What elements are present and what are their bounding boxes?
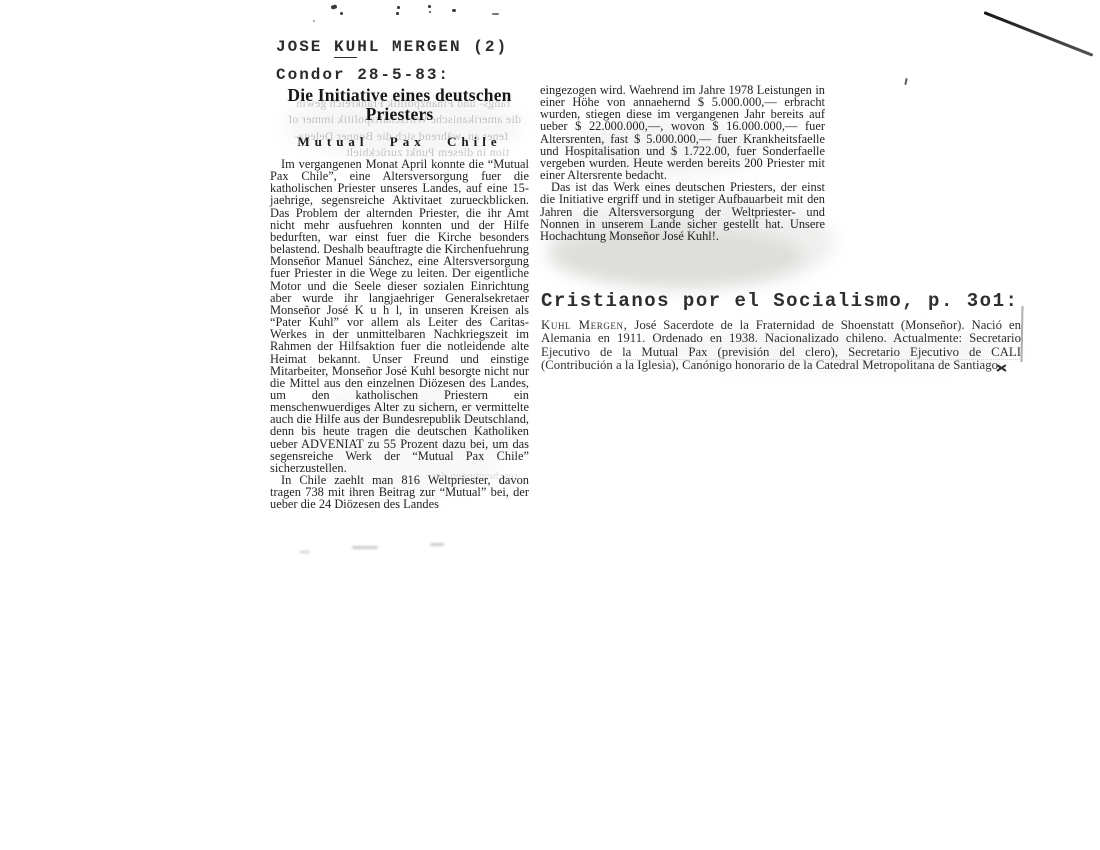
- ink-speck: [452, 9, 456, 12]
- ink-speck: [396, 12, 399, 15]
- ink-cross-mark: [996, 364, 1007, 373]
- article-paragraph: Das ist das Werk eines deutschen Prieste…: [540, 181, 825, 242]
- scan-smudge: [430, 543, 444, 546]
- article-subtitle: Mutual Pax Chile: [270, 134, 529, 150]
- article-paragraph: In Chile zaehlt man 816 Weltpriester, da…: [270, 474, 529, 510]
- ink-speck: [331, 4, 338, 9]
- clipping-edge-dotted-line: [620, 359, 1020, 360]
- ink-mark: [904, 78, 907, 85]
- scan-smudge: [300, 551, 310, 553]
- bio-heading: Cristianos por el Socialismo, p. 3o1:: [541, 290, 1021, 312]
- ink-speck: [428, 5, 431, 8]
- page-title: JOSE KUHL MERGEN (2): [276, 38, 508, 56]
- article-title: Die Initiative eines deutschen Priesters: [270, 86, 529, 124]
- ink-speck: [397, 6, 400, 9]
- article-left-body: Im vergangenen Monat April konnte die “M…: [270, 158, 529, 511]
- ink-speck: [313, 20, 315, 22]
- source-citation: Condor 28-5-83:: [276, 66, 450, 84]
- header-name-underlined: KU: [334, 38, 357, 58]
- article-paragraph: eingezogen wird. Waehrend im Jahre 1978 …: [540, 84, 825, 181]
- bio-text: Kuhl Mergen, José Sacerdote de la Frater…: [541, 319, 1021, 372]
- article-title-line2: Priesters: [270, 105, 529, 124]
- clipping-edge-line: [1021, 306, 1023, 362]
- header-name-pre: JOSE: [276, 38, 334, 56]
- scan-smudge: [352, 546, 378, 549]
- ink-speck: [340, 12, 343, 15]
- article-right-column: eingezogen wird. Waehrend im Jahre 1978 …: [540, 84, 825, 242]
- bio-person-name: Kuhl Mergen,: [541, 318, 627, 332]
- header-name-post: HL MERGEN (2): [357, 38, 508, 56]
- article-title-line1: Die Initiative eines deutschen: [270, 86, 529, 105]
- article-paragraph: Im vergangenen Monat April konnte die “M…: [270, 158, 529, 474]
- ink-speck: [429, 11, 431, 13]
- ink-speck: [492, 13, 499, 15]
- article-left-column: Die Initiative eines deutschen Priesters…: [270, 86, 529, 511]
- pen-stroke-corner-line: [983, 11, 1093, 57]
